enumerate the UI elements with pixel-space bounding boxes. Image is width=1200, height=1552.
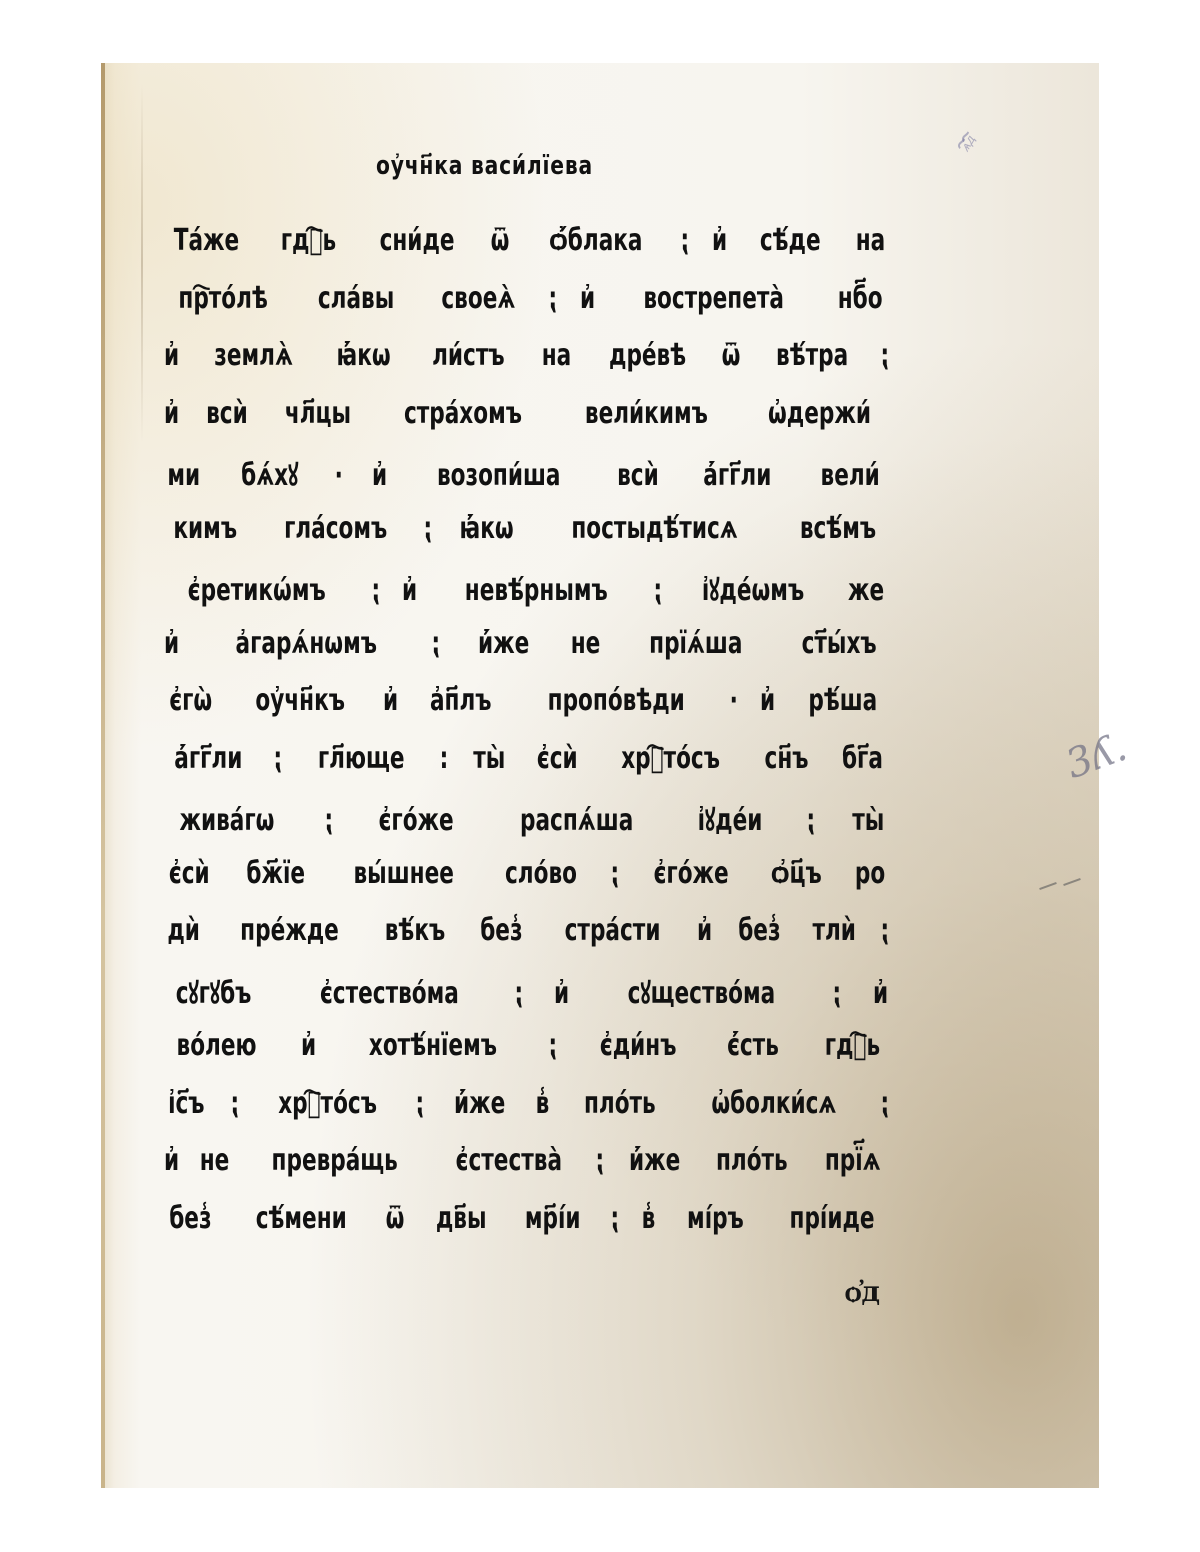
- word: ѿ: [386, 1201, 405, 1236]
- word: всѝ: [206, 396, 248, 431]
- word: є҆стества̀: [455, 1143, 561, 1178]
- word: бж҃їе: [247, 856, 306, 891]
- word: нб҃о: [837, 281, 882, 316]
- word: і҆с҃ъ: [168, 1086, 204, 1121]
- word: в̾: [536, 1086, 550, 1121]
- word: и҆: [554, 976, 569, 1011]
- word: в̾: [642, 1201, 656, 1236]
- text-line: і҆с҃ъ⁏хрⷭ҇то́съ⁏и҆́жев̾пло́тьѡ҆болки́сѧ⁏: [161, 1086, 891, 1121]
- word: ⁏: [324, 803, 333, 838]
- word: вѣ́тра: [776, 338, 848, 373]
- word: Та́же: [174, 223, 239, 258]
- word: ⁏: [274, 741, 283, 776]
- word: на: [542, 338, 572, 373]
- word: во́лею: [177, 1028, 257, 1063]
- word: вели́кимъ: [585, 396, 708, 431]
- word: и҆: [164, 396, 179, 431]
- word: и҆: [382, 683, 397, 718]
- word: сѣ́мени: [255, 1201, 346, 1236]
- word: :: [440, 741, 449, 776]
- word: ⁏: [371, 573, 380, 608]
- text-line: є҆гѡ̀оу҆чн҃къи҆а҆п҃лъпропо́вѣди·и҆рѣ́ша: [161, 683, 891, 718]
- word: и҆: [580, 281, 595, 316]
- word: ·: [730, 683, 738, 718]
- word: є҆сѝ: [169, 856, 210, 891]
- word: без̾: [480, 913, 522, 948]
- word: ⁏: [549, 1028, 558, 1063]
- word: а҆́гг҃ли: [703, 458, 771, 493]
- word: стра́хомъ: [404, 396, 522, 431]
- word: постыдѣ́тисѧ: [571, 511, 737, 546]
- word: бѧ́хꙋ: [241, 453, 298, 494]
- word: стра́сти: [564, 913, 660, 948]
- word: и҆: [402, 573, 417, 608]
- text-line: во́леюи҆хотѣ́нїемъ⁏є҆ди́нъє҆́стьгдⷭ҇ь: [161, 1028, 891, 1063]
- word: ⁏: [881, 913, 890, 948]
- text-line: пр҇то́лѣсла́высвоеѧ̀⁏и҆вострепета̀нб҃о: [161, 281, 891, 316]
- word: сла́вы: [318, 281, 394, 316]
- text-line: без̾сѣ́мениѿдв҃ымр҃і́и⁏в̾мі́ръпрі́иде: [161, 1201, 891, 1236]
- word: ⁏: [549, 281, 558, 316]
- word: распѧ́ша: [520, 803, 633, 838]
- word: ⁏: [611, 856, 620, 891]
- word: и҆: [164, 338, 179, 373]
- word: дѝ: [167, 913, 200, 948]
- word: ст҃ы́хъ: [801, 626, 876, 661]
- word: ⁏: [611, 1201, 620, 1236]
- word: и҆: [164, 626, 179, 661]
- word: тлѝ: [812, 913, 855, 948]
- word: всѝ: [617, 458, 659, 493]
- word: и҆: [711, 223, 726, 258]
- word: сꙋгꙋбъ: [176, 971, 252, 1012]
- word: гл҃ющe: [318, 741, 405, 776]
- page-heading: оу҆чн҃ка васи́лїева: [376, 151, 593, 181]
- text-line: и҆непревра́щьє҆стества̀⁏и҆́жепло́тьпрї҃ѧ: [161, 1143, 891, 1178]
- word: и҆: [372, 458, 387, 493]
- text-line: и҆землѧ̀ꙗ҆́кѡли́стънадре́вѣѿвѣ́тра⁏: [161, 338, 891, 373]
- word: а҆гарѧ́нѡмъ: [235, 626, 376, 661]
- text-block: оу҆чн҃ка васи́лїева Та́жегдⷭ҇ьсни́деѿѻ҆́…: [101, 63, 1099, 1488]
- word: землѧ̀: [214, 338, 293, 373]
- text-line: и҆всѝчл҃цыстра́хомъвели́кимъѡ҆держи́: [161, 396, 891, 431]
- word: мр҃і́и: [525, 1201, 581, 1236]
- word: оу҆чн҃къ: [255, 683, 345, 718]
- word: ми: [167, 458, 200, 493]
- word: ⁏: [514, 976, 523, 1011]
- word: ·: [335, 458, 343, 493]
- word: не: [570, 626, 600, 661]
- word: ѿ: [722, 338, 741, 373]
- word: без̾: [738, 913, 780, 948]
- word: ты̀: [474, 741, 506, 776]
- word: гла́сомъ: [284, 511, 387, 546]
- word: же: [848, 573, 884, 608]
- word: хрⷭ҇то́съ: [278, 1086, 377, 1121]
- word: ⁏: [833, 976, 842, 1011]
- word: прі́иде: [789, 1201, 874, 1236]
- word: пр҇то́лѣ: [178, 281, 267, 316]
- word: на: [856, 223, 886, 258]
- word: ⁏: [881, 338, 890, 373]
- word: вѣ́къ: [385, 913, 445, 948]
- word: є҆го́же: [379, 803, 454, 838]
- word: дре́вѣ: [609, 338, 686, 373]
- word: є҆стество́ма: [320, 976, 459, 1011]
- word: сн҃ъ: [765, 741, 809, 776]
- word: ⁏: [231, 1086, 240, 1121]
- text-line: Та́жегдⷭ҇ьсни́деѿѻ҆́блака⁏и҆сѣ́дена: [161, 223, 891, 258]
- word: и҆: [301, 1028, 316, 1063]
- word: без̾: [169, 1201, 211, 1236]
- word: є҆гѡ̀: [169, 683, 212, 718]
- word: є҆ди́нъ: [600, 1028, 677, 1063]
- word: ꙗ҆́кѡ: [460, 511, 514, 546]
- word: ⁏: [881, 1086, 890, 1121]
- word: пло́ть: [584, 1086, 656, 1121]
- word: ѻ҆́блака: [549, 223, 642, 258]
- text-line: кимъгла́сомъ⁏ꙗ҆́кѡпостыдѣ́тисѧвсѣ́мъ: [161, 511, 891, 546]
- word: гдⷭ҇ь: [281, 223, 336, 258]
- word: вы́шнее: [354, 856, 454, 891]
- word: кимъ: [173, 511, 237, 546]
- word: вострепета̀: [643, 281, 784, 316]
- word: а҆п҃лъ: [430, 683, 492, 718]
- book-page: оу҆чн҃ка васи́лїева Та́жегдⷭ҇ьсни́деѿѻ҆́…: [101, 63, 1099, 1488]
- text-line: дѝпре́ждевѣ́къбез̾стра́стии҆без̾тлѝ⁏: [161, 913, 891, 948]
- word: жива́гѡ: [179, 803, 274, 838]
- word: превра́щь: [272, 1143, 398, 1178]
- word: чл҃цы: [285, 396, 351, 431]
- word: гдⷭ҇ь: [825, 1028, 880, 1063]
- word: ли́стъ: [432, 338, 505, 373]
- word: и҆́же: [628, 1143, 679, 1178]
- word: ⁏: [680, 223, 689, 258]
- word: хотѣ́нїемъ: [369, 1028, 497, 1063]
- word: хрⷭ҇то́съ: [621, 741, 720, 776]
- word: прї҃ѧ: [824, 1143, 880, 1178]
- word: бг҃а: [842, 741, 883, 776]
- word: и҆: [164, 1143, 179, 1178]
- word: невѣ́рнымъ: [465, 573, 608, 608]
- word: ѡ҆болки́сѧ: [712, 1086, 837, 1121]
- word: ты̀: [853, 803, 885, 838]
- word: ѻ҆ц҃ъ: [770, 856, 821, 891]
- word: и҆: [760, 683, 775, 718]
- word: дв҃ы: [436, 1201, 487, 1236]
- word: не: [200, 1143, 230, 1178]
- word: пре́жде: [240, 913, 339, 948]
- word: є҆́сть: [727, 1028, 779, 1063]
- word: є҆го́же: [653, 856, 728, 891]
- word: прїѧ́ша: [650, 626, 743, 661]
- text-line: мибѧ́хꙋ·и҆возопи́шавсѝа҆́гг҃ливели́: [161, 453, 891, 494]
- word: ⁏: [806, 803, 815, 838]
- word: пропо́вѣди: [547, 683, 684, 718]
- word: возопи́ша: [437, 458, 560, 493]
- catchword: ѻ҆д: [845, 1275, 880, 1309]
- word: рѣ́ша: [809, 683, 878, 718]
- text-line: жива́гѡ⁏є҆го́жераспѧ́шаі҆ꙋде́и⁏ты̀: [161, 798, 891, 839]
- word: ⁏: [416, 1086, 425, 1121]
- word: є҆сѝ: [537, 741, 578, 776]
- word: ⁏: [432, 626, 441, 661]
- word: и҆: [697, 913, 712, 948]
- word: ⁏: [596, 1143, 605, 1178]
- word: і҆ꙋде́ѡмъ: [701, 568, 803, 609]
- word: своеѧ̀: [441, 281, 515, 316]
- word: ⁏: [424, 511, 433, 546]
- text-line: и҆а҆гарѧ́нѡмъ⁏и҆́женепрїѧ́шаст҃ы́хъ: [161, 626, 891, 661]
- word: ѡ҆держи́: [768, 396, 871, 431]
- word: ꙗ҆́кѡ: [336, 338, 390, 373]
- text-line: а҆́гг҃ли⁏гл҃ющe:ты̀є҆сѝхрⷭ҇то́съсн҃ъбг҃а: [161, 741, 891, 776]
- word: ѿ: [491, 223, 510, 258]
- word: а҆́гг҃ли: [174, 741, 242, 776]
- word: пло́ть: [716, 1143, 788, 1178]
- word: сѣ́де: [759, 223, 820, 258]
- word: сꙋщество́ма: [628, 971, 776, 1012]
- word: вели́: [820, 458, 879, 493]
- word: і҆ꙋде́и: [698, 798, 763, 839]
- word: є҆ретикѡ́мъ: [188, 573, 326, 608]
- word: ро: [855, 856, 885, 891]
- word: ⁏: [654, 573, 663, 608]
- text-line: сꙋгꙋбъє҆стество́ма⁏и҆сꙋщество́ма⁏и҆: [161, 971, 891, 1012]
- word: сло́во: [505, 856, 577, 891]
- word: мі́ръ: [687, 1201, 744, 1236]
- text-line: є҆ретикѡ́мъ⁏и҆невѣ́рнымъ⁏і҆ꙋде́ѡмъже: [161, 568, 891, 609]
- word: и҆́же: [478, 626, 529, 661]
- word: и҆: [873, 976, 888, 1011]
- word: и҆́же: [454, 1086, 505, 1121]
- word: всѣ́мъ: [800, 511, 876, 546]
- word: сни́де: [379, 223, 454, 258]
- text-line: є҆сѝбж҃їевы́шнеесло́во⁏є҆го́жеѻ҆ц҃ъро: [161, 856, 891, 891]
